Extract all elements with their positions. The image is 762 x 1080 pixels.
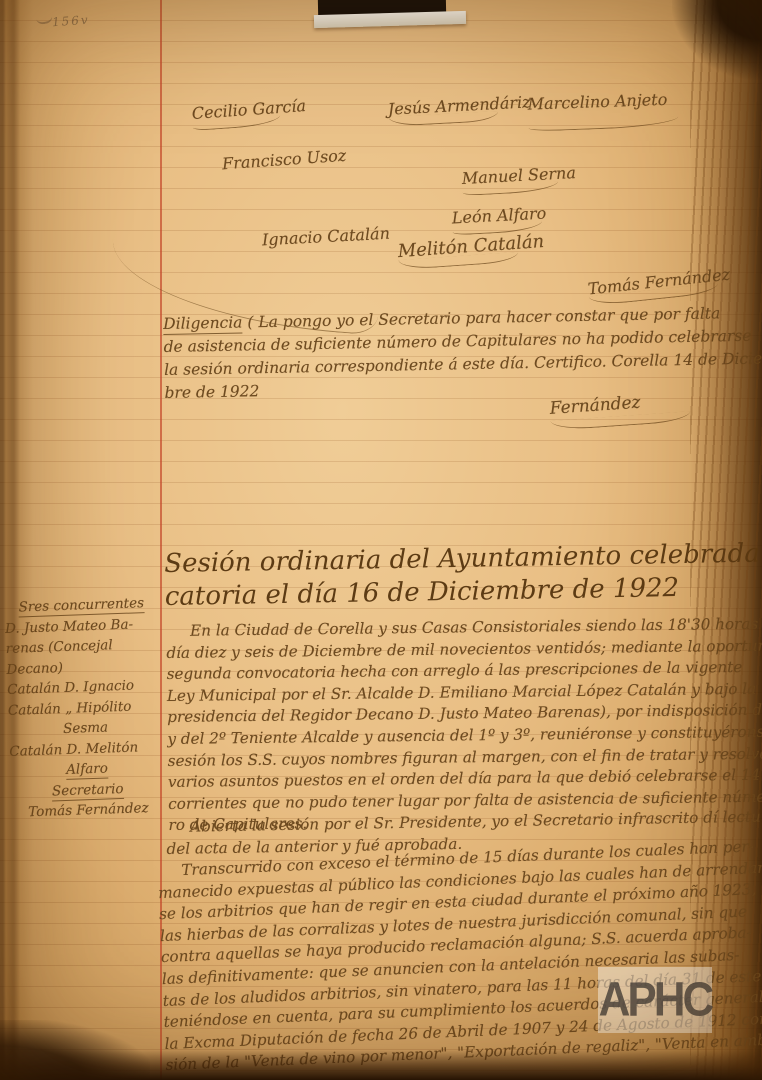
diligencia-paragraph: Diligencia ( La pongo yo el Secretario p…: [163, 302, 757, 405]
signature-name: Marcelino Anjeto: [527, 90, 667, 114]
dark-corner-bottom-left: [0, 1020, 150, 1080]
binding-crease: [0, 0, 34, 1080]
margin-attendees: Sres concurrentes D. Justo Mateo Ba- ren…: [4, 593, 166, 824]
signature-marcelino: Marcelino Anjeto: [527, 89, 678, 131]
dark-corner-top-right: [672, 0, 762, 80]
body-paragraph-1: En la Ciudad de Corella y sus Casas Cons…: [166, 614, 762, 837]
archive-watermark: APHC: [598, 967, 712, 1033]
folio-number: 156v: [52, 13, 91, 30]
attendee-line: renas (Concejal Decano): [5, 634, 160, 680]
diligencia-label: Diligencia: [163, 313, 243, 335]
session-heading: Sesión ordinaria del Ayuntamiento celebr…: [164, 535, 762, 614]
secretary-label-text: Secretario: [52, 780, 124, 800]
body-paragraph-3: Transcurrido con exceso el término de 15…: [157, 836, 760, 1077]
manuscript-photo: 156v Cecilio García Jesús Armendáriz Mar…: [0, 0, 762, 1080]
attendee-line-text: Alfaro: [66, 760, 108, 779]
